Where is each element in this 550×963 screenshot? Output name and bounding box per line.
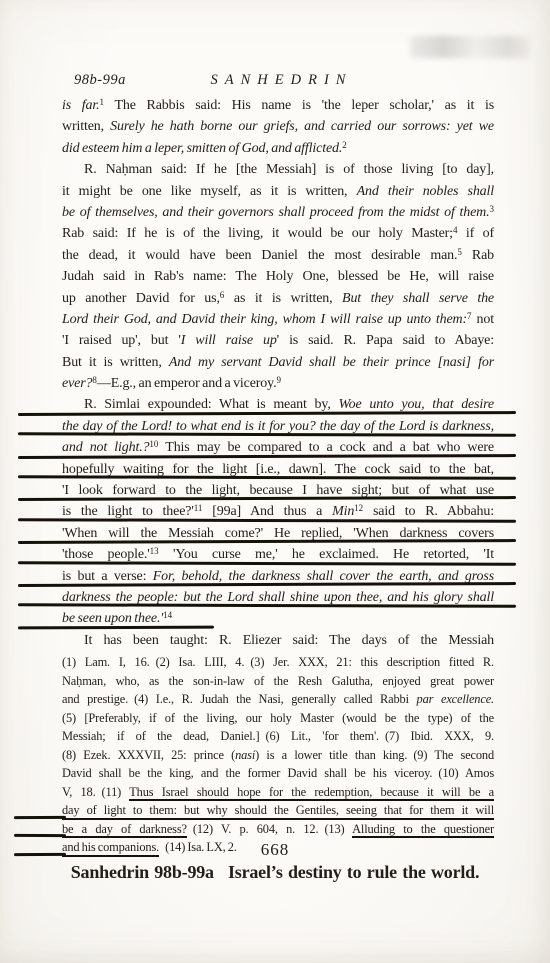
text-segment: This may be compared to a cock and a bat… [158, 440, 494, 455]
text-segment: written, [62, 119, 110, 134]
text-segment: and not light.? [62, 440, 149, 455]
pen-underline [14, 834, 66, 837]
footnote-line: (1) Lam. I, 16. (2) Isa. LIII, 4. (3) Je… [62, 653, 494, 672]
body-text-line: is the light to thee?'11 [99a] And thus … [62, 501, 494, 522]
text-segment: it might be one like myself, as it is wr… [62, 184, 357, 199]
body-text-line: ever?8—E.g., an emperor and a viceroy.9 [62, 373, 494, 394]
pen-underline [14, 815, 66, 818]
body-text-line: it might be one like myself, as it is wr… [62, 181, 494, 202]
text-segment: Rab [462, 248, 494, 263]
text-segment: But it is written, [62, 355, 169, 370]
text-segment: But they shall serve the [342, 291, 494, 306]
body-text-line: 'When will the Messiah come?' He replied… [62, 523, 494, 544]
body-text-line: R. Simlai expounded: What is meant by, W… [62, 394, 494, 415]
text-segment: And their nobles shall [357, 184, 494, 199]
footnote-line: (8) Ezek. XXXVII, 25: prince (nasi) is a… [62, 746, 494, 765]
text-segment: hopefully waiting for the light [i.e., d… [62, 462, 494, 477]
text-segment: Messiah; if of the dead, Daniel.] (6) Li… [62, 729, 494, 743]
text-segment: ' is said. R. Papa said to Abaye: [277, 333, 494, 348]
text-segment: Naḥman, who, as the son-in-law of the Re… [62, 674, 494, 688]
footnote-line: V, 18. (11) Thus Israel should hope for … [62, 783, 494, 802]
text-segment: Lord their God, and David their king, wh… [62, 312, 467, 327]
body-text-line: be of themselves, and their governors sh… [62, 202, 494, 223]
text-segment: 'I raised up', but ' [62, 333, 181, 348]
body-text: is far.1 The Rabbis said: His name is 't… [62, 95, 494, 651]
body-text-line: It has been taught: R. Eliezer said: The… [62, 630, 494, 651]
text-segment: Alluding to the questioner [352, 822, 494, 839]
text-segment: 'those people.' [62, 547, 150, 562]
body-text-line: and not light.?10 This may be compared t… [62, 437, 494, 458]
text-segment: R. Naḥman said: If he [the Messiah] is o… [84, 162, 494, 177]
text-segment: V, 18. (11) [62, 785, 129, 799]
text-segment: is far. [62, 98, 99, 113]
footnote-reference: 12 [354, 503, 363, 513]
caption: Sanhedrin 98b-99a Israel’s destiny to ru… [0, 862, 550, 883]
text-segment: if of [457, 226, 494, 241]
text-segment: Surely he hath borne our griefs, and car… [110, 119, 494, 134]
body-text-line: darkness the people: but the Lord shall … [62, 587, 494, 608]
body-text-line: 'I look forward to the light, because I … [62, 480, 494, 501]
page-header: 98b-99a SANHEDRIN [62, 72, 494, 92]
pen-underline [18, 625, 214, 628]
body-text-line: 'those people.'13 'You curse me,' he exc… [62, 544, 494, 565]
text-segment: (5) [Preferably, if of the living, our h… [62, 711, 494, 725]
text-segment: as it is written, [224, 291, 342, 306]
text-segment: ever? [62, 376, 92, 391]
ink-bleed-artifact [410, 36, 530, 58]
body-text-line: Judah said in Rab's name: The Holy One, … [62, 266, 494, 287]
footnote-line: Messiah; if of the dead, Daniel.] (6) Li… [62, 727, 494, 746]
text-segment: nasi [235, 748, 255, 762]
text-segment: said to R. Abbahu: [363, 504, 494, 519]
footnote-line: and prestige. (4) I.e., R. Judah the Nas… [62, 690, 494, 709]
body-text-line: Rab said: If he is of the living, it wou… [62, 223, 494, 244]
pen-underline [18, 518, 516, 522]
pen-underline [18, 432, 516, 436]
footnote-reference: 2 [342, 140, 347, 150]
text-segment: Min [332, 504, 354, 519]
body-text-line: hopefully waiting for the light [i.e., d… [62, 459, 494, 480]
text-segment: And my servant David shall be their prin… [169, 355, 494, 370]
text-segment: not [472, 312, 494, 327]
text-segment: (12) V. p. 604, n. 12. (13) [187, 822, 352, 836]
text-segment: (8) Ezek. XXXVII, 25: prince ( [62, 748, 235, 762]
body-text-line: written, Surely he hath borne our griefs… [62, 116, 494, 137]
footnote-line: be a day of darkness? (12) V. p. 604, n.… [62, 820, 494, 839]
text-segment: I will raise up [181, 333, 277, 348]
footnote-reference: 9 [276, 375, 281, 385]
body-text-line: the dead, it would have been Daniel the … [62, 245, 494, 266]
text-segment: is but a verse: [62, 569, 153, 584]
text-segment: and prestige. (4) I.e., R. Judah the Nas… [62, 692, 417, 706]
footnote-line: day of light to them: but why should the… [62, 801, 494, 820]
text-segment: The Rabbis said: His name is 'the leper … [104, 98, 494, 113]
footnote-reference: 14 [163, 610, 172, 620]
body-text-line: R. Naḥman said: If he [the Messiah] is o… [62, 159, 494, 180]
footnote-line: (5) [Preferably, if of the living, our h… [62, 709, 494, 728]
tractate-title: SANHEDRIN [62, 72, 494, 89]
text-segment: the dead, it would have been Daniel the … [62, 248, 457, 263]
body-text-line: is far.1 The Rabbis said: His name is 't… [62, 95, 494, 116]
text-segment: David shall be the king, and the former … [62, 766, 494, 780]
text-segment: R. Simlai expounded: What is meant by, [84, 397, 338, 412]
text-segment: did esteem him a leper, smitten of God, … [62, 141, 342, 156]
pen-underline [18, 604, 516, 608]
text-segment: day of light to them: but why should the… [62, 803, 494, 820]
text-segment: is the light to thee?' [62, 504, 194, 519]
footnote-reference: 13 [150, 546, 159, 556]
pen-underline [18, 475, 516, 479]
text-segment: Rab said: If he is of the living, it wou… [62, 226, 453, 241]
scanned-book-page: 98b-99a SANHEDRIN is far.1 The Rabbis sa… [0, 0, 550, 963]
pen-underline [18, 539, 516, 543]
text-segment: ) is a lower title than king. (9) The se… [255, 748, 494, 762]
text-segment: —E.g., an emperor and a viceroy. [97, 376, 277, 391]
text-segment: Thus Israel should hope for the redempti… [129, 785, 494, 802]
footnote-line: Naḥman, who, as the son-in-law of the Re… [62, 672, 494, 691]
body-text-line: Lord their God, and David their king, wh… [62, 309, 494, 330]
footnote-reference: 3 [490, 204, 495, 214]
text-segment: It has been taught: R. Eliezer said: The… [84, 633, 494, 648]
body-text-line: up another David for us,6 as it is writt… [62, 288, 494, 309]
text-segment: up another David for us, [62, 291, 220, 306]
pen-underline [18, 496, 516, 500]
footnotes: (1) Lam. I, 16. (2) Isa. LIII, 4. (3) Je… [62, 653, 494, 857]
body-text-line: did esteem him a leper, smitten of God, … [62, 138, 494, 159]
body-text-line: is but a verse: For, behold, the darknes… [62, 566, 494, 587]
text-segment: [99a] And thus a [202, 504, 332, 519]
text-segment: be seen upon thee.' [62, 611, 163, 626]
text-segment: 'You curse me,' he exclaimed. He retorte… [159, 547, 494, 562]
text-segment: Judah said in Rab's name: The Holy One, … [62, 269, 494, 284]
body-text-line: the day of the Lord! to what end is it f… [62, 416, 494, 437]
body-text-line: But it is written, And my servant David … [62, 352, 494, 373]
body-text-line: 'I raised up', but 'I will raise up' is … [62, 330, 494, 351]
pen-underline [18, 582, 516, 586]
text-segment: be a day of darkness? [62, 822, 187, 839]
body-text-line: be seen upon thee.'14 [62, 608, 494, 629]
footnote-line: David shall be the king, and the former … [62, 764, 494, 783]
page-number: 668 [0, 840, 550, 860]
text-segment: be of themselves, and their governors sh… [62, 205, 490, 220]
text-segment: par excellence. [417, 692, 494, 706]
text-segment: (1) Lam. I, 16. (2) Isa. LIII, 4. (3) Je… [62, 655, 494, 669]
